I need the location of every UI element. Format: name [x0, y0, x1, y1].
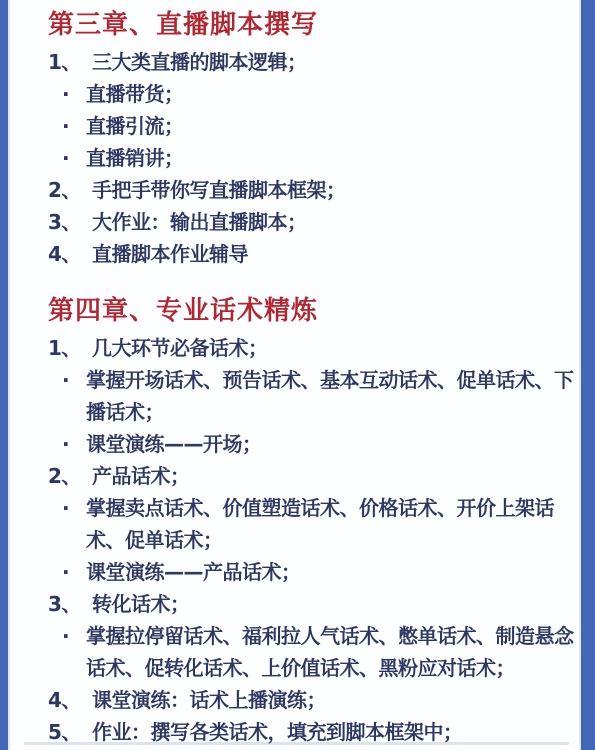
outline-item: 2、 产品话术； [48, 460, 575, 492]
chapter-section: 第四章、专业话术精炼 1、 几大环节必备话术； · 掌握开场话术、预告话术、基本… [48, 292, 575, 748]
item-text: 大作业：输出直播脚本； [92, 206, 575, 238]
item-text: 三大类直播的脚本逻辑； [92, 46, 575, 78]
outline-item: 3、 转化话术； [48, 588, 575, 620]
item-text: 课堂演练——产品话术； [86, 556, 575, 588]
outline-item: 3、 大作业：输出直播脚本； [48, 206, 575, 238]
item-text: 直播引流； [86, 110, 575, 142]
outline-item: 4、 直播脚本作业辅导 [48, 238, 575, 270]
item-marker: 4、 [48, 684, 92, 716]
item-marker: · [62, 492, 86, 556]
chapter-items: 1、 几大环节必备话术； · 掌握开场话术、预告话术、基本互动话术、促单话术、下… [48, 332, 575, 748]
item-text: 掌握开场话术、预告话术、基本互动话术、促单话术、下播话术； [86, 364, 575, 428]
item-text: 几大环节必备话术； [92, 332, 575, 364]
item-marker: · [62, 428, 86, 460]
outline-item: · 直播带货； [62, 78, 575, 110]
item-text: 手把手带你写直播脚本框架； [92, 174, 575, 206]
item-marker: 4、 [48, 238, 92, 270]
item-text: 直播销讲； [86, 142, 575, 174]
item-text: 课堂演练——开场； [86, 428, 575, 460]
chapter-items: 1、 三大类直播的脚本逻辑； · 直播带货； · 直播引流； · 直播销讲； 2… [48, 46, 575, 270]
item-text: 直播带货； [86, 78, 575, 110]
item-marker: 1、 [48, 332, 92, 364]
page-border-left [0, 0, 10, 750]
item-marker: · [62, 620, 86, 684]
item-marker: 3、 [48, 206, 92, 238]
item-marker: 2、 [48, 174, 92, 206]
item-text: 掌握拉停留话术、福利拉人气话术、憋单话术、制造悬念话术、促转化话术、上价值话术、… [86, 620, 575, 684]
outline-item: 4、 课堂演练：话术上播演练； [48, 684, 575, 716]
bottom-divider [24, 742, 569, 745]
item-marker: 3、 [48, 588, 92, 620]
item-text: 直播脚本作业辅导 [92, 238, 575, 270]
outline-item: 1、 三大类直播的脚本逻辑； [48, 46, 575, 78]
outline-item: · 课堂演练——开场； [62, 428, 575, 460]
page-border-right [579, 0, 595, 750]
outline-item: · 掌握卖点话术、价值塑造话术、价格话术、开价上架话术、促单话术； [62, 492, 575, 556]
item-marker: 2、 [48, 460, 92, 492]
item-text: 掌握卖点话术、价值塑造话术、价格话术、开价上架话术、促单话术； [86, 492, 575, 556]
item-marker: · [62, 78, 86, 110]
course-outline: 第三章、直播脚本撰写 1、 三大类直播的脚本逻辑； · 直播带货； · 直播引流… [12, 0, 577, 750]
outline-item: 1、 几大环节必备话术； [48, 332, 575, 364]
item-marker: · [62, 110, 86, 142]
item-marker: · [62, 556, 86, 588]
item-text: 转化话术； [92, 588, 575, 620]
chapter-heading: 第三章、直播脚本撰写 [48, 6, 575, 44]
outline-item: · 掌握拉停留话术、福利拉人气话术、憋单话术、制造悬念话术、促转化话术、上价值话… [62, 620, 575, 684]
item-text: 课堂演练：话术上播演练； [92, 684, 575, 716]
outline-item: · 直播销讲； [62, 142, 575, 174]
item-marker: · [62, 364, 86, 428]
item-marker: 1、 [48, 46, 92, 78]
course-outline-page: 第三章、直播脚本撰写 1、 三大类直播的脚本逻辑； · 直播带货； · 直播引流… [0, 0, 595, 750]
outline-item: · 直播引流； [62, 110, 575, 142]
outline-item: 2、 手把手带你写直播脚本框架； [48, 174, 575, 206]
item-marker: · [62, 142, 86, 174]
item-text: 产品话术； [92, 460, 575, 492]
outline-item: · 课堂演练——产品话术； [62, 556, 575, 588]
outline-item: · 掌握开场话术、预告话术、基本互动话术、促单话术、下播话术； [62, 364, 575, 428]
chapter-section: 第三章、直播脚本撰写 1、 三大类直播的脚本逻辑； · 直播带货； · 直播引流… [48, 6, 575, 270]
chapter-heading: 第四章、专业话术精炼 [48, 292, 575, 330]
